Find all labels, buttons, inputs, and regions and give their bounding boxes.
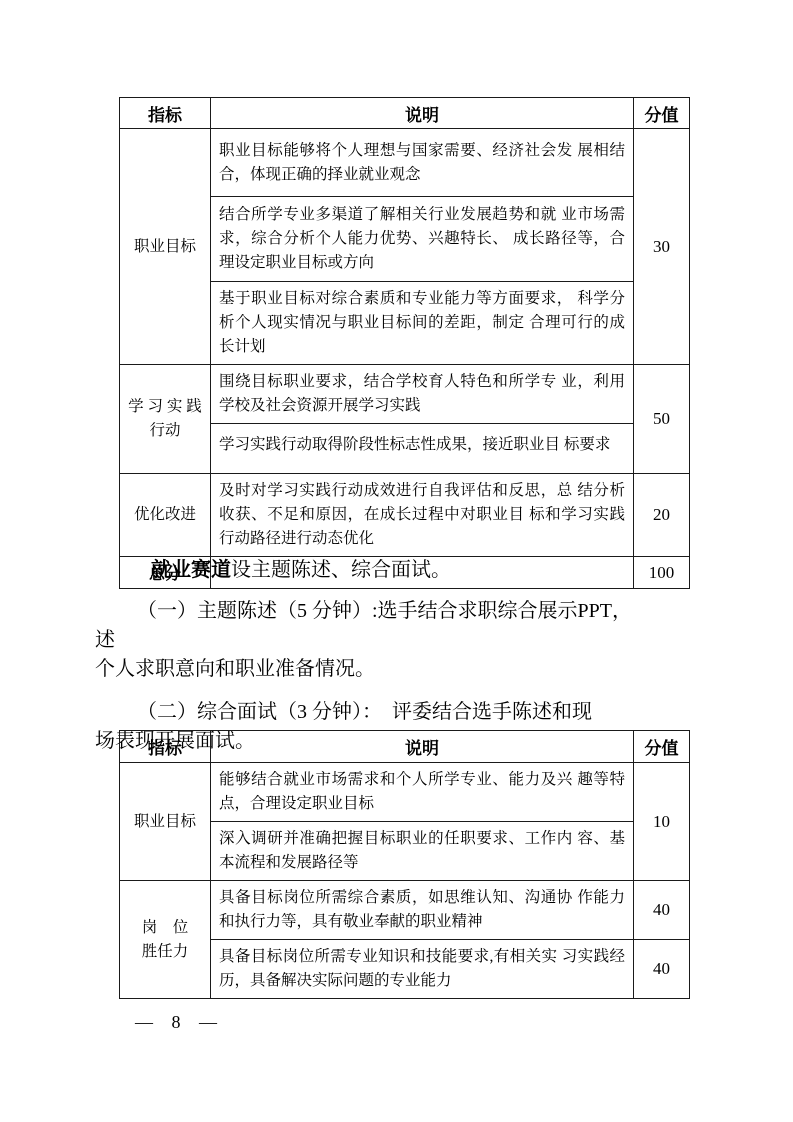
indicator-post-competence: 岗 位 胜任力 xyxy=(120,881,211,999)
score-cell: 40 xyxy=(634,881,690,940)
table-row: 学 习 实 践 行动 围绕目标职业要求，结合学校育人特色和所学专 业，利用学校及… xyxy=(120,365,690,424)
page-number: — 8 — xyxy=(135,1012,218,1033)
description-cell: 深入调研并准确把握目标职业的任职要求、工作内 容、基本流程和发展路径等 xyxy=(211,822,634,881)
score-cell: 50 xyxy=(634,365,690,474)
score-cell: 20 xyxy=(634,474,690,557)
table-row: 职业目标 职业目标能够将个人理想与国家需要、经济社会发 展相结合，体现正确的择业… xyxy=(120,129,690,197)
description-cell: 具备目标岗位所需综合素质，如思维认知、沟通协 作能力和执行力等，具有敬业奉献的职… xyxy=(211,881,634,940)
item-1-paragraph: （一）主题陈述（5 分钟）:选手结合求职综合展示PPT， 述 个人求职意向和职业… xyxy=(95,597,658,684)
table-row: 岗 位 胜任力 具备目标岗位所需综合素质，如思维认知、沟通协 作能力和执行力等，… xyxy=(120,881,690,940)
indicator-career-goal: 职业目标 xyxy=(120,763,211,881)
description-cell: 学习实践行动取得阶段性标志性成果，接近职业目 标要求 xyxy=(211,424,634,474)
description-cell: 具备目标岗位所需专业知识和技能要求,有相关实 习实践经历，具备解决实际问题的专业… xyxy=(211,940,634,999)
description-cell: 结合所学专业多渠道了解相关行业发展趋势和就 业市场需求，综合分析个人能力优势、兴… xyxy=(211,197,634,282)
table-header-row: 指标 说明 分值 xyxy=(120,98,690,129)
score-cell: 40 xyxy=(634,940,690,999)
intro-rest: 设主题陈述、综合面试。 xyxy=(231,559,451,581)
header-indicator: 指标 xyxy=(120,98,211,129)
indicator-optimization: 优化改进 xyxy=(120,474,211,557)
indicator-learning-practice: 学 习 实 践 行动 xyxy=(120,365,211,474)
intro-paragraph: 就业赛道设主题陈述、综合面试。 xyxy=(95,556,658,585)
description-cell: 及时对学习实践行动成效进行自我评估和反思，总 结分析收获、不足和原因，在成长过程… xyxy=(211,474,634,557)
table-row: 优化改进 及时对学习实践行动成效进行自我评估和反思，总 结分析收获、不足和原因，… xyxy=(120,474,690,557)
score-cell: 10 xyxy=(634,763,690,881)
scoring-table-employment: 指标 说明 分值 职业目标 能够结合就业市场需求和个人所学专业、能力及兴 趣等特… xyxy=(119,730,690,999)
header-score: 分值 xyxy=(634,731,690,763)
description-cell: 职业目标能够将个人理想与国家需要、经济社会发 展相结合，体现正确的择业就业观念 xyxy=(211,129,634,197)
score-cell: 30 xyxy=(634,129,690,365)
track-name-bold: 就业赛道 xyxy=(151,559,231,581)
body-text-block: 就业赛道设主题陈述、综合面试。 （一）主题陈述（5 分钟）:选手结合求职综合展示… xyxy=(95,556,658,756)
table-row: 职业目标 能够结合就业市场需求和个人所学专业、能力及兴 趣等特点，合理设定职业目… xyxy=(120,763,690,822)
header-description: 说明 xyxy=(211,731,634,763)
scoring-table-growth: 指标 说明 分值 职业目标 职业目标能够将个人理想与国家需要、经济社会发 展相结… xyxy=(119,97,690,589)
document-page: 指标 说明 分值 职业目标 职业目标能够将个人理想与国家需要、经济社会发 展相结… xyxy=(0,0,793,1122)
header-indicator: 指标 xyxy=(120,731,211,763)
header-score: 分值 xyxy=(634,98,690,129)
table-header-row: 指标 说明 分值 xyxy=(120,731,690,763)
indicator-career-goal: 职业目标 xyxy=(120,129,211,365)
description-cell: 能够结合就业市场需求和个人所学专业、能力及兴 趣等特点，合理设定职业目标 xyxy=(211,763,634,822)
header-description: 说明 xyxy=(211,98,634,129)
description-cell: 围绕目标职业要求，结合学校育人特色和所学专 业，利用学校及社会资源开展学习实践 xyxy=(211,365,634,424)
description-cell: 基于职业目标对综合素质和专业能力等方面要求， 科学分析个人现实情况与职业目标间的… xyxy=(211,282,634,365)
